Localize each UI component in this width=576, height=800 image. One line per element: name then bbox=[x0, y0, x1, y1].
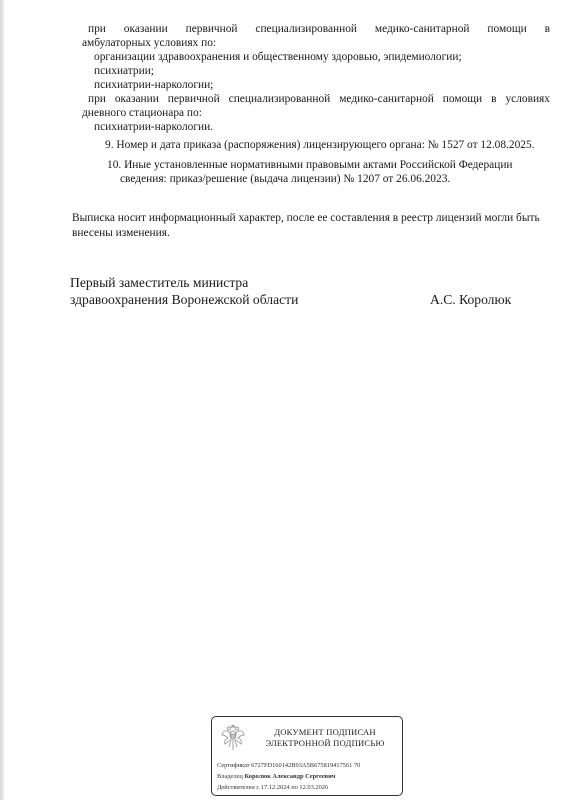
certificate-row: Сертификат 6727FD160142B93A5B67581941756… bbox=[217, 762, 360, 770]
signatory-position-line1: Первый заместитель министра bbox=[70, 274, 248, 291]
certificate-value: 6727FD160142B93A5B675819417561 70 bbox=[251, 762, 360, 769]
ambulatory-intro: при оказании первичной специализированно… bbox=[88, 22, 550, 36]
ambulatory-item: организации здравоохранения и общественн… bbox=[94, 50, 462, 64]
disclaimer-note-continued: внесены изменения. bbox=[72, 226, 170, 240]
item-10-line2: сведения: приказ/решение (выдача лицензи… bbox=[120, 172, 450, 186]
item-10-line1: 10. Иные установленные нормативными прав… bbox=[107, 158, 513, 172]
validity-row: Действителен с 17.12.2024 по 12.03.2026 bbox=[217, 784, 328, 792]
signatory-position-line2: здравоохранения Воронежской области bbox=[70, 291, 298, 308]
ambulatory-intro-continued: амбулаторных условиях по: bbox=[82, 36, 216, 50]
stamp-title: ДОКУМЕНТ ПОДПИСАН ЭЛЕКТРОННОЙ ПОДПИСЬЮ bbox=[252, 727, 398, 749]
electronic-signature-stamp: ДОКУМЕНТ ПОДПИСАН ЭЛЕКТРОННОЙ ПОДПИСЬЮ С… bbox=[211, 716, 403, 796]
disclaimer-note: Выписка носит информационный характер, п… bbox=[72, 211, 540, 225]
owner-value: Королюк Александр Сергеевич bbox=[244, 773, 335, 780]
day-hospital-intro: при оказании первичной специализированно… bbox=[88, 92, 550, 106]
day-hospital-item: психиатрии-наркологии. bbox=[94, 120, 213, 134]
certificate-label: Сертификат bbox=[217, 762, 250, 769]
owner-label: Владелец bbox=[217, 773, 243, 780]
ambulatory-item: психиатрии; bbox=[94, 64, 154, 78]
signatory-name: А.С. Королюк bbox=[430, 291, 511, 308]
stamp-title-line2: ЭЛЕКТРОННОЙ ПОДПИСЬЮ bbox=[252, 738, 398, 749]
ambulatory-item: психиатрии-наркологии; bbox=[94, 78, 213, 92]
day-hospital-intro-continued: дневного стационара по: bbox=[82, 106, 202, 120]
page-left-edge bbox=[0, 0, 4, 800]
item-9-order-number: 9. Номер и дата приказа (распоряжения) л… bbox=[105, 138, 535, 152]
coat-of-arms-icon bbox=[221, 723, 245, 753]
owner-row: Владелец Королюк Александр Сергеевич bbox=[217, 773, 335, 781]
stamp-title-line1: ДОКУМЕНТ ПОДПИСАН bbox=[252, 727, 398, 738]
